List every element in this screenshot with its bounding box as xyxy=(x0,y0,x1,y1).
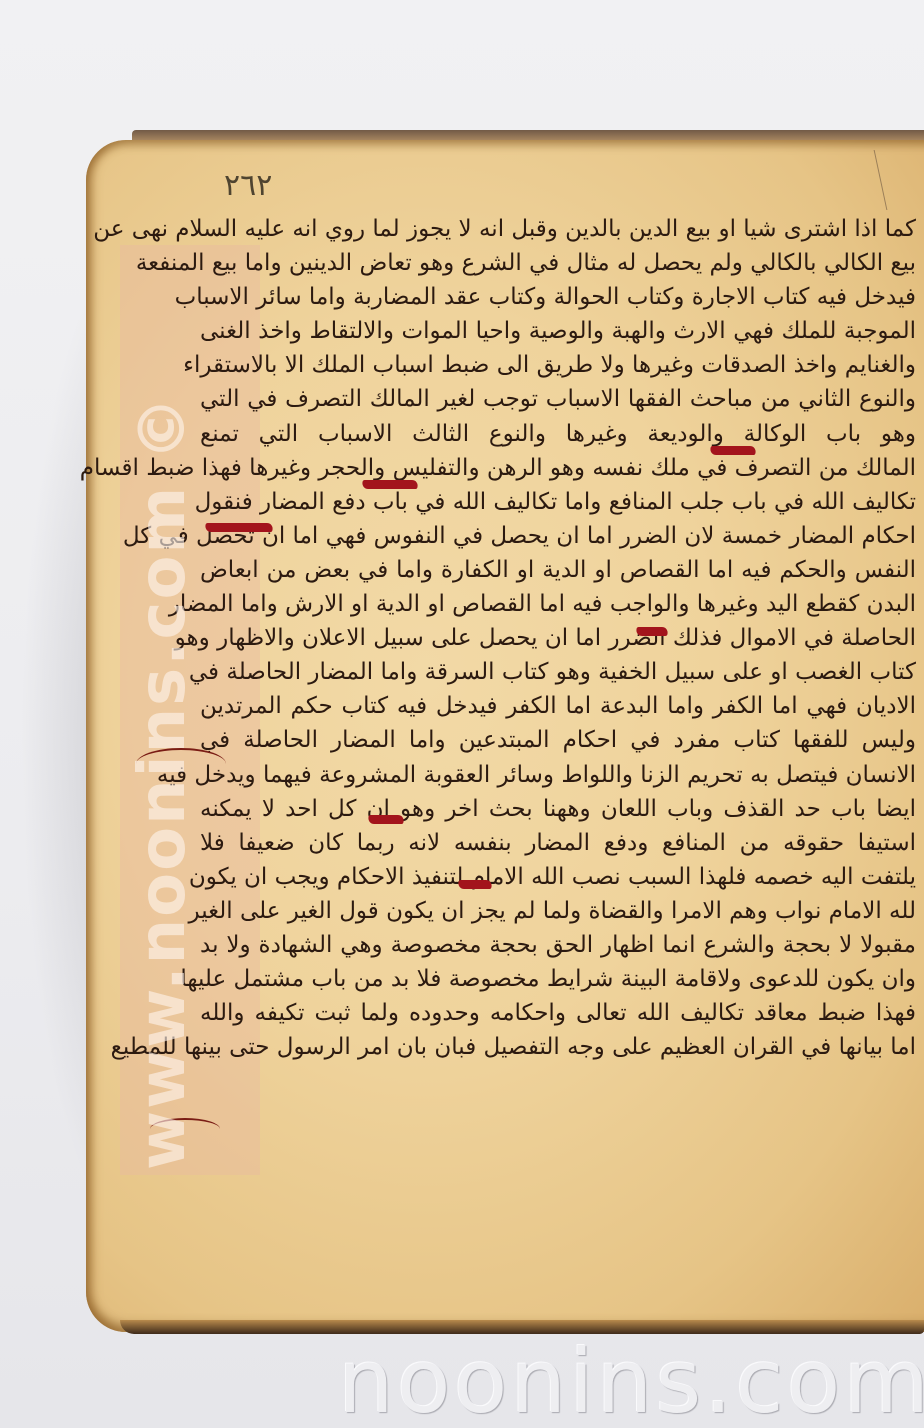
rubric-overline xyxy=(361,480,419,489)
text-line: البدن كقطع اليد وغيرها والواجب فيه اما ا… xyxy=(200,587,916,621)
text-line: فهذا ضبط معاقد تكاليف الله تعالى واحكامه… xyxy=(200,996,916,1030)
text-line: كتاب الغصب او على سبيل الخفية وهو كتاب ا… xyxy=(200,655,916,689)
text-line: الانسان فيتصل به تحريم الزنا واللواط وسا… xyxy=(200,758,916,792)
watermark-bottom: noonins.com xyxy=(338,1330,924,1428)
text-line: احكام المضار خمسة لان الضرر اما ان يحصل … xyxy=(200,519,916,553)
text-line: الاديان فهي اما الكفر واما البدعة اما ال… xyxy=(200,689,916,723)
text-line: يلتفت اليه خصمه فلهذا السبب نصب الله الا… xyxy=(200,860,916,894)
text-line: والغنايم واخذ الصدقات وغيرها ولا طريق ال… xyxy=(200,348,916,382)
watermark-vertical: www.noonins.com © xyxy=(126,395,200,1170)
text-line: الموجبة للملك فهي الارث والهبة والوصية و… xyxy=(200,314,916,348)
text-line: وليس للفقها كتاب مفرد في احكام المبتدعين… xyxy=(200,723,916,757)
text-line: مقبولا لا بحجة والشرع انما اظهار الحق بح… xyxy=(200,928,916,962)
text-line: الحاصلة في الاموال فذلك الضرر اما ان يحص… xyxy=(200,621,916,655)
text-line: بيع الكالي بالكالي ولم يحصل له مثال في ا… xyxy=(200,246,916,280)
rubric-overline xyxy=(204,523,274,532)
rubric-overline xyxy=(457,880,493,889)
rubric-overline xyxy=(709,446,757,455)
rubric-overline xyxy=(635,627,669,636)
rubric-overline xyxy=(367,815,405,824)
text-line: استيفا حقوقه من المنافع ودفع المضار بنفس… xyxy=(200,826,916,860)
text-line: والنوع الثاني من مباحث الفقها الاسباب تو… xyxy=(200,382,916,416)
text-line: وان يكون للدعوى ولاقامة البينة شرايط مخص… xyxy=(200,962,916,996)
text-line: النفس والحكم فيه اما القصاص او الدية او … xyxy=(200,553,916,587)
folio-number: ٢٦٢ xyxy=(224,168,272,203)
text-line: المالك من التصرف في ملك نفسه وهو الرهن و… xyxy=(200,451,916,485)
text-line: لله الامام نواب وهم الامرا والقضاة ولما … xyxy=(200,894,916,928)
text-line: تكاليف الله في باب جلب المنافع واما تكال… xyxy=(200,485,916,519)
manuscript-text: كما اذا اشترى شيا او بيع الدين بالدين وق… xyxy=(200,212,916,1064)
text-line: كما اذا اشترى شيا او بيع الدين بالدين وق… xyxy=(200,212,916,246)
text-line: ايضا باب حد القذف وباب اللعان وههنا بحث … xyxy=(200,792,916,826)
text-line: وهو باب الوكالة والوديعة وغيرها والنوع ا… xyxy=(200,417,916,451)
text-line: فيدخل فيه كتاب الاجارة وكتاب الحوالة وكت… xyxy=(200,280,916,314)
text-line: اما بيانها في القران العظيم على وجه التف… xyxy=(200,1030,916,1064)
